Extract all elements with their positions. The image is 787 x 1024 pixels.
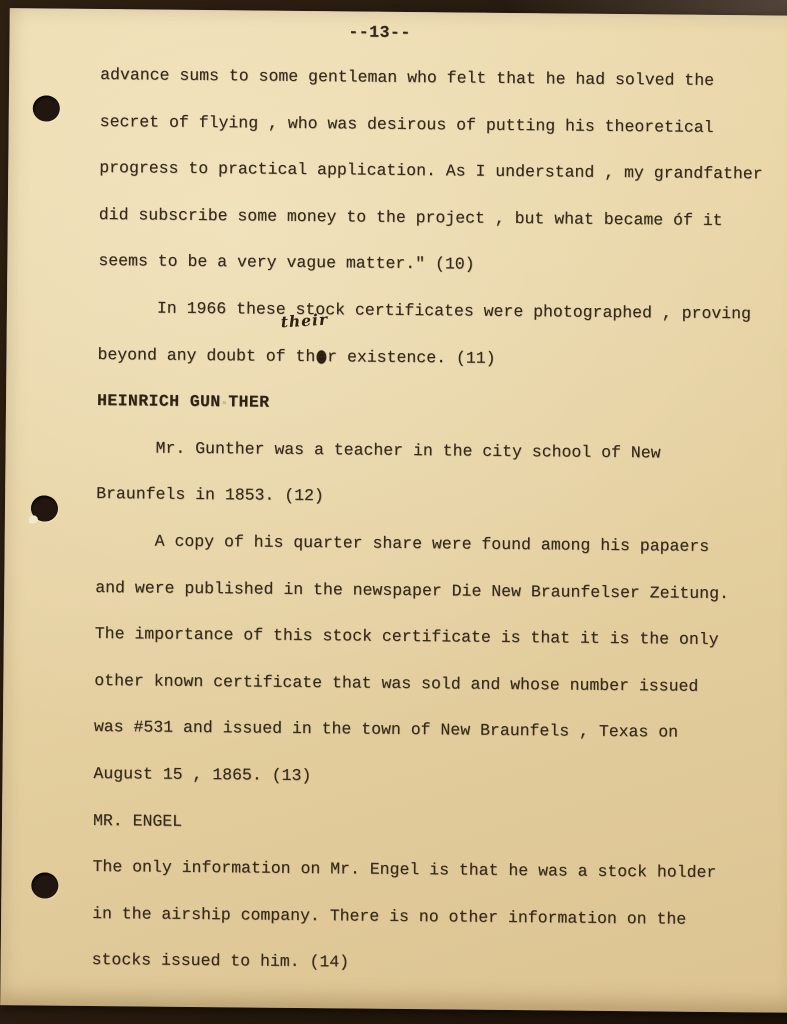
typed-line: stocks issued to him. (14) bbox=[91, 937, 784, 990]
correction-suffix-text: r existence. (11) bbox=[327, 347, 496, 368]
typed-line: other known certificate that was sold an… bbox=[94, 658, 787, 711]
typed-line: seems to be a very vague matter." (10) bbox=[98, 238, 787, 291]
ink-blot-overstruck-char: e bbox=[315, 347, 327, 366]
typed-line: August 15 , 1865. (13) bbox=[93, 751, 786, 804]
typed-line: In 1966 these stock certificates were ph… bbox=[98, 285, 787, 338]
typed-line: A copy of his quarter share were found a… bbox=[95, 518, 787, 571]
hole-punch bbox=[33, 95, 60, 121]
typewritten-page: --13-- advance sums to some gentleman wh… bbox=[0, 8, 787, 1013]
typed-line: was #531 and issued in the town of New B… bbox=[94, 704, 787, 757]
handwritten-correction-note: their bbox=[280, 309, 328, 332]
typed-line: progress to practical application. As I … bbox=[99, 145, 787, 198]
typed-line: advance sums to some gentleman who felt … bbox=[100, 52, 787, 105]
typed-line: Braunfels in 1853. (12) bbox=[96, 471, 787, 524]
typed-line: did subscribe some money to the project … bbox=[99, 192, 787, 245]
correction-prefix-text: beyond any doubt of th bbox=[97, 345, 315, 366]
heading-text-suffix: THER bbox=[228, 392, 269, 411]
section-heading-gunther: HEINRICH GUN◦THER bbox=[97, 378, 787, 431]
typed-line: secret of flying , who was desirous of p… bbox=[99, 99, 787, 152]
typed-text-block: advance sums to some gentleman who felt … bbox=[91, 52, 787, 990]
typed-line-with-correction: beyond any doubt of ther existence. (11)… bbox=[97, 332, 787, 385]
page-number: --13-- bbox=[10, 19, 750, 45]
typed-line: The only information on Mr. Engel is tha… bbox=[92, 844, 785, 897]
torn-paper-chip bbox=[29, 515, 38, 523]
faint-overstrike-mark: ◦ bbox=[221, 396, 229, 410]
typed-line: and were published in the newspaper Die … bbox=[95, 565, 787, 618]
section-heading-engel: MR. ENGEL bbox=[93, 798, 786, 851]
typed-line: in the airship company. There is no othe… bbox=[92, 891, 785, 944]
typed-line: The importance of this stock certificate… bbox=[95, 611, 787, 664]
heading-text-prefix: HEINRICH GUN bbox=[97, 391, 221, 411]
scanned-document-photo: --13-- advance sums to some gentleman wh… bbox=[0, 0, 787, 1024]
typed-line: Mr. Gunther was a teacher in the city sc… bbox=[96, 425, 787, 478]
hole-punch bbox=[31, 872, 58, 898]
